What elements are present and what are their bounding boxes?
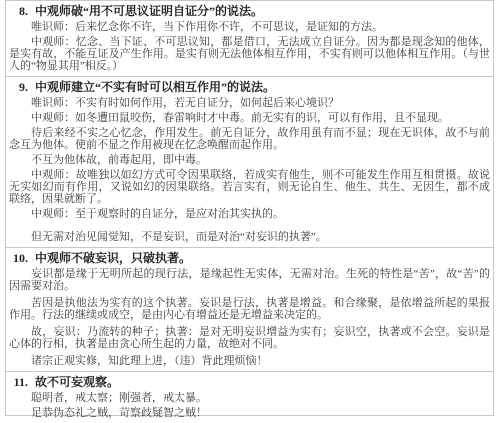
paragraph: 中观师：故唯独以如幻方式可令因果联络，若成实有他生，则不可能发生作用互相贯摄。故… [9,169,490,205]
section-title: 故不可妄观察。 [35,375,119,389]
paragraph: 唯识师：后来忆念你不许，当下作用你不许，不可思议，是证知的方法。 [9,21,490,33]
section-heading: 10.中观师不破妄识，只破执著。 [9,251,490,265]
paragraph: 足恭伪态礼之贼，苛察歧疑智之贼！ [9,407,490,417]
section-number: 9. [11,80,28,94]
paragraph: 但无需对治见闻觉知，不是妄识，而是对治“对妄识的执著”。 [9,231,490,243]
section-number: 10. [11,251,28,265]
paragraph: 故，妄识：乃流转的种子；执著：是对无明妄识增益为实有；妄识空，执著或不会空。妄识… [9,326,490,350]
section-heading: 11.故不可妄观察。 [9,375,490,389]
paragraph: 苦因是执他法为实有的这个执著。妄识是行法，执著是增益。和合缘聚，是依增益所起的果… [9,297,490,321]
section-title: 中观师建立“不实有时可以相互作用”的说法。 [35,80,275,94]
section-heading: 8.中观师破“用不可思议证明自证分”的说法。 [9,4,490,18]
paragraph: 聪明者，戒太察；刚强者，戒太暴。 [9,392,490,404]
paragraph: 中观师：如冬遭田鼠咬伤，春雷响时才中毒。前无实有的识，可以有作用，且不显现。 [9,112,490,124]
paragraph: 不互为他体故，前毒起用，即中毒。 [9,154,490,166]
section-title: 中观师破“用不可思议证明自证分”的说法。 [35,4,263,18]
paragraph: 诸宗正观实修，知此理上进，（违）背此理烦恼！ [9,355,490,367]
paragraph: 唯识师：不实有时如何作用，若无自证分，如何起后来心境识？ [9,97,490,109]
section-number: 11. [11,375,28,389]
section-number: 8. [11,4,28,18]
document-page: 8.中观师破“用不可思议证明自证分”的说法。 唯识师：后来忆念你不许，当下作用你… [5,0,494,416]
section-8: 8.中观师破“用不可思议证明自证分”的说法。 唯识师：后来忆念你不许，当下作用你… [6,1,493,77]
paragraph: 中观师：至于观察时的自证分，是应对治其实执的。 [9,208,490,220]
section-heading: 9.中观师建立“不实有时可以相互作用”的说法。 [9,80,490,94]
section-10: 10.中观师不破妄识，只破执著。 妄识都是缘于无明所起的现行法，是缘起性无实体，… [6,248,493,372]
paragraph: 妄识都是缘于无明所起的现行法，是缘起性无实体，无需对治。生死的特性是“苦”，故“… [9,268,490,292]
section-9: 9.中观师建立“不实有时可以相互作用”的说法。 唯识师：不实有时如何作用，若无自… [6,77,493,248]
section-11: 11.故不可妄观察。 聪明者，戒太察；刚强者，戒太暴。 足恭伪态礼之贼，苛察歧疑… [6,372,493,417]
paragraph: 待后来经不实之心忆念，作用发生。前无自证分，故作用虽有而不显；现在无识体，故不与… [9,127,490,151]
section-title: 中观师不破妄识，只破执著。 [35,251,191,265]
paragraph: 中观师：忆念、当下证、不可思议知，都是借口，无法成立自证分。因为都是现念知的他体… [9,36,490,72]
